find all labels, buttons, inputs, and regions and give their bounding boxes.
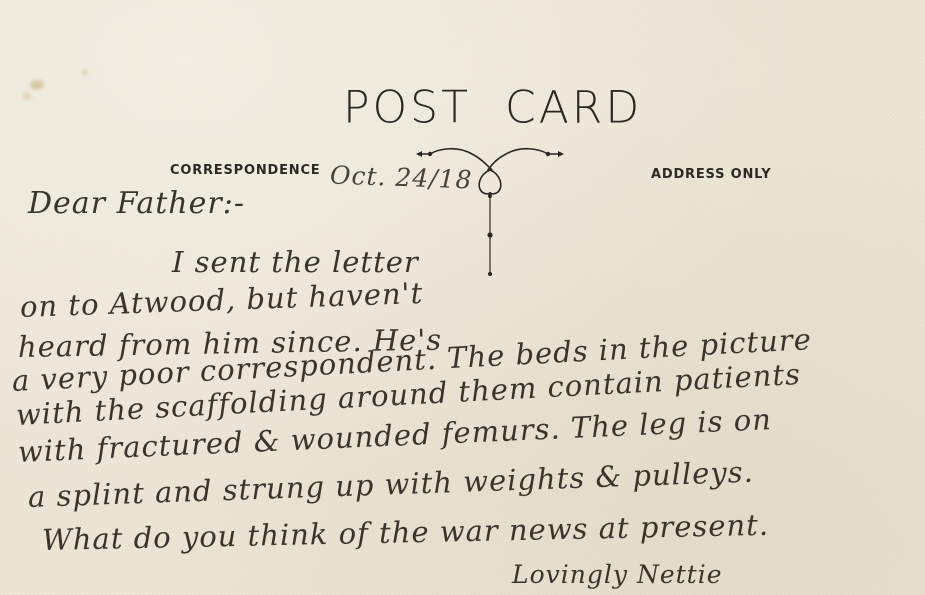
letter-line: on to Atwood, but haven't [19, 276, 423, 324]
postcard-title: POSTCARD [343, 81, 642, 133]
letter-date: Oct. 24/18 [330, 161, 473, 195]
title-word-card: CARD [505, 81, 642, 133]
correspondence-label: CORRESPONDENCE [170, 163, 321, 178]
letter-line: What do you think of the war news at pre… [42, 508, 770, 557]
ornamental-divider-icon [410, 140, 570, 280]
letter-salutation: Dear Father:- [28, 186, 245, 221]
address-only-label: ADDRESS ONLY [651, 167, 771, 182]
paper-stain [22, 92, 32, 100]
paper-stain [82, 70, 87, 75]
letter-line: I sent the letter [172, 245, 419, 279]
postcard-back: POSTCARD CORRESPONDENCE ADDRESS ONLY Oct… [0, 0, 925, 595]
letter-closing: Lovingly Nettie [512, 560, 723, 589]
paper-stain [30, 80, 44, 90]
title-word-post: POST [343, 81, 471, 133]
